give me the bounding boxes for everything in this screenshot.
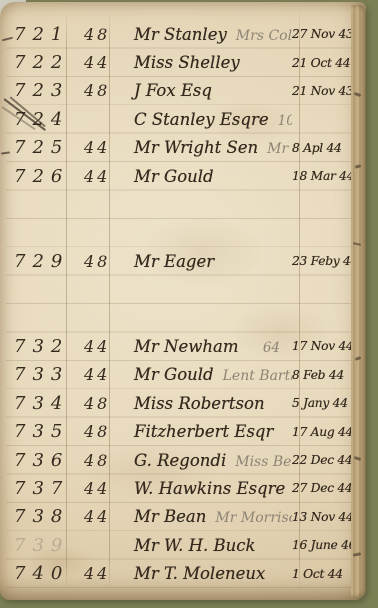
ink-bleed-mark (354, 92, 362, 97)
ink-bleed-mark (355, 356, 362, 361)
entry-number: 737 (6, 478, 74, 499)
fee-value: 48 (74, 451, 128, 470)
ledger-row: 729 48 Mr Eager 23 Feby 44 (6, 247, 352, 275)
ledger-row: 725 44 Mr Wright Sen Mr W Littleton 8 Ap… (6, 134, 352, 162)
entry-name: Mr Eager (134, 252, 214, 271)
ledger-page: 721 48 Mr Stanley Mrs Cole + 27 Nov 43 7… (0, 2, 366, 600)
ledger-row: 721 48 Mr Stanley Mrs Cole + 27 Nov 43 (6, 20, 352, 48)
ledger-row: 726 44 Mr Gould 18 Mar 44 (6, 162, 352, 190)
ink-bleed-mark (354, 456, 362, 461)
ink-bleed-mark (353, 552, 361, 556)
entry-name: Mr Stanley (134, 25, 227, 44)
fee-value: 44 (74, 564, 128, 583)
entry-name: Mr Gould (134, 167, 214, 186)
entry-name: J Fox Esq (134, 81, 212, 100)
entry-number: 736 (6, 450, 74, 471)
entry-name: Mr Bean (134, 507, 206, 526)
ledger-row: 737 44 W. Hawkins Esqre 27 Dec 44 (6, 474, 352, 502)
ledger-row: 734 48 Miss Robertson 5 Jany 44 (6, 389, 352, 417)
ledger-row (6, 276, 352, 304)
fee-value: 44 (74, 167, 128, 186)
entry-date: 27 Nov 43 (292, 27, 352, 41)
pencil-annotation: Mr Morrison (215, 510, 292, 526)
entry-name: Miss Robertson (134, 394, 265, 413)
fee-value: 48 (74, 394, 128, 413)
entry-number: 740 (6, 563, 74, 584)
entry-date: 22 Dec 44 (292, 453, 352, 467)
entry-name: Mr T. Moleneux (134, 564, 265, 583)
entry-date: 5 Jany 44 (292, 396, 352, 410)
fee-value: 44 (74, 365, 128, 384)
entry-name: G. Regondi (134, 451, 226, 470)
entry-number: 723 (6, 80, 74, 101)
entry-number: 729 (6, 251, 74, 272)
entry-date: 17 Aug 44 (292, 425, 352, 439)
pencil-annotation: Miss Berry (235, 454, 292, 470)
pencil-annotation: Lent Bartley (223, 368, 292, 384)
entry-name: Mr Newham (134, 337, 238, 356)
ledger-row: 732 44 Mr Newham 64 17 Nov 44 (6, 332, 352, 360)
entry-name: Mr Gould (134, 365, 214, 384)
ledger-row: 722 44 Miss Shelley 21 Oct 44 (6, 48, 352, 76)
entry-date: 21 Oct 44 (292, 56, 352, 70)
entry-number: 734 (6, 393, 74, 414)
entry-number: 739 (6, 535, 74, 556)
entry-date: 21 Nov 43 (292, 84, 352, 98)
ledger-row: 739 Mr W. H. Buck 16 June 46 (6, 531, 352, 559)
entry-date: 27 Dec 44 (292, 481, 352, 495)
entry-number: 721 (6, 24, 74, 45)
pencil-number: 106 (278, 113, 292, 129)
ledger-row: 735 48 Fitzherbert Esqr 17 Aug 44 (6, 417, 352, 445)
entry-date: 16 June 46 (292, 538, 352, 552)
fee-value: 48 (74, 252, 128, 271)
entry-number: 733 (6, 364, 74, 385)
ledger-row: 736 48 G. Regondi Miss Berry 22 Dec 44 (6, 446, 352, 474)
entry-number: 735 (6, 421, 74, 442)
entry-name: Mr W. H. Buck (134, 536, 255, 555)
entry-number: 725 (6, 137, 74, 158)
fee-value: 44 (74, 138, 128, 157)
entry-name: W. Hawkins Esqre (134, 479, 285, 498)
entry-date: 13 Nov 44 (292, 510, 352, 524)
ledger-row (6, 219, 352, 247)
fee-value: 44 (74, 337, 128, 356)
entry-name: C Stanley Esqre (134, 110, 269, 129)
ledger-row (6, 304, 352, 332)
pencil-number: 64 (263, 340, 280, 356)
ledger-row: 738 44 Mr Bean Mr Morrison 13 Nov 44 (6, 503, 352, 531)
entry-number: 726 (6, 166, 74, 187)
entry-number: 722 (6, 52, 74, 73)
entry-date: 8 Feb 44 (292, 368, 352, 382)
ledger-row (6, 190, 352, 218)
fee-value: 44 (74, 479, 128, 498)
entry-number: 732 (6, 336, 74, 357)
fee-value: 44 (74, 507, 128, 526)
entry-name: Mr Wright Sen (134, 138, 258, 157)
fee-value: 48 (74, 422, 128, 441)
entry-date: 1 Oct 44 (292, 567, 352, 581)
ink-bleed-mark (353, 242, 361, 246)
entry-date: 8 Apl 44 (292, 141, 352, 155)
entry-name: Miss Shelley (134, 53, 240, 72)
ledger-row: 724 C Stanley Esqre 106 (6, 105, 352, 133)
entry-name: Fitzherbert Esqr (134, 422, 273, 441)
ledger-row: 723 48 J Fox Esq 21 Nov 43 (6, 77, 352, 105)
fee-value: 48 (74, 25, 128, 44)
ledger-row: 740 44 Mr T. Moleneux 1 Oct 44 (6, 559, 352, 587)
ledger-rows: 721 48 Mr Stanley Mrs Cole + 27 Nov 43 7… (6, 20, 352, 588)
entry-number: 738 (6, 506, 74, 527)
book-fore-edge (351, 5, 366, 597)
entry-date: 23 Feby 44 (292, 254, 352, 268)
fee-value: 44 (74, 53, 128, 72)
ink-bleed-mark (355, 164, 362, 168)
fee-value: 48 (74, 81, 128, 100)
ledger-row: 733 44 Mr Gould Lent Bartley 8 Feb 44 (6, 361, 352, 389)
entry-date: 17 Nov 44 (292, 339, 352, 353)
entry-date: 18 Mar 44 (292, 169, 352, 183)
pencil-annotation: Mrs Cole (236, 28, 292, 44)
pencil-annotation: Mr W Littleton (267, 141, 292, 157)
